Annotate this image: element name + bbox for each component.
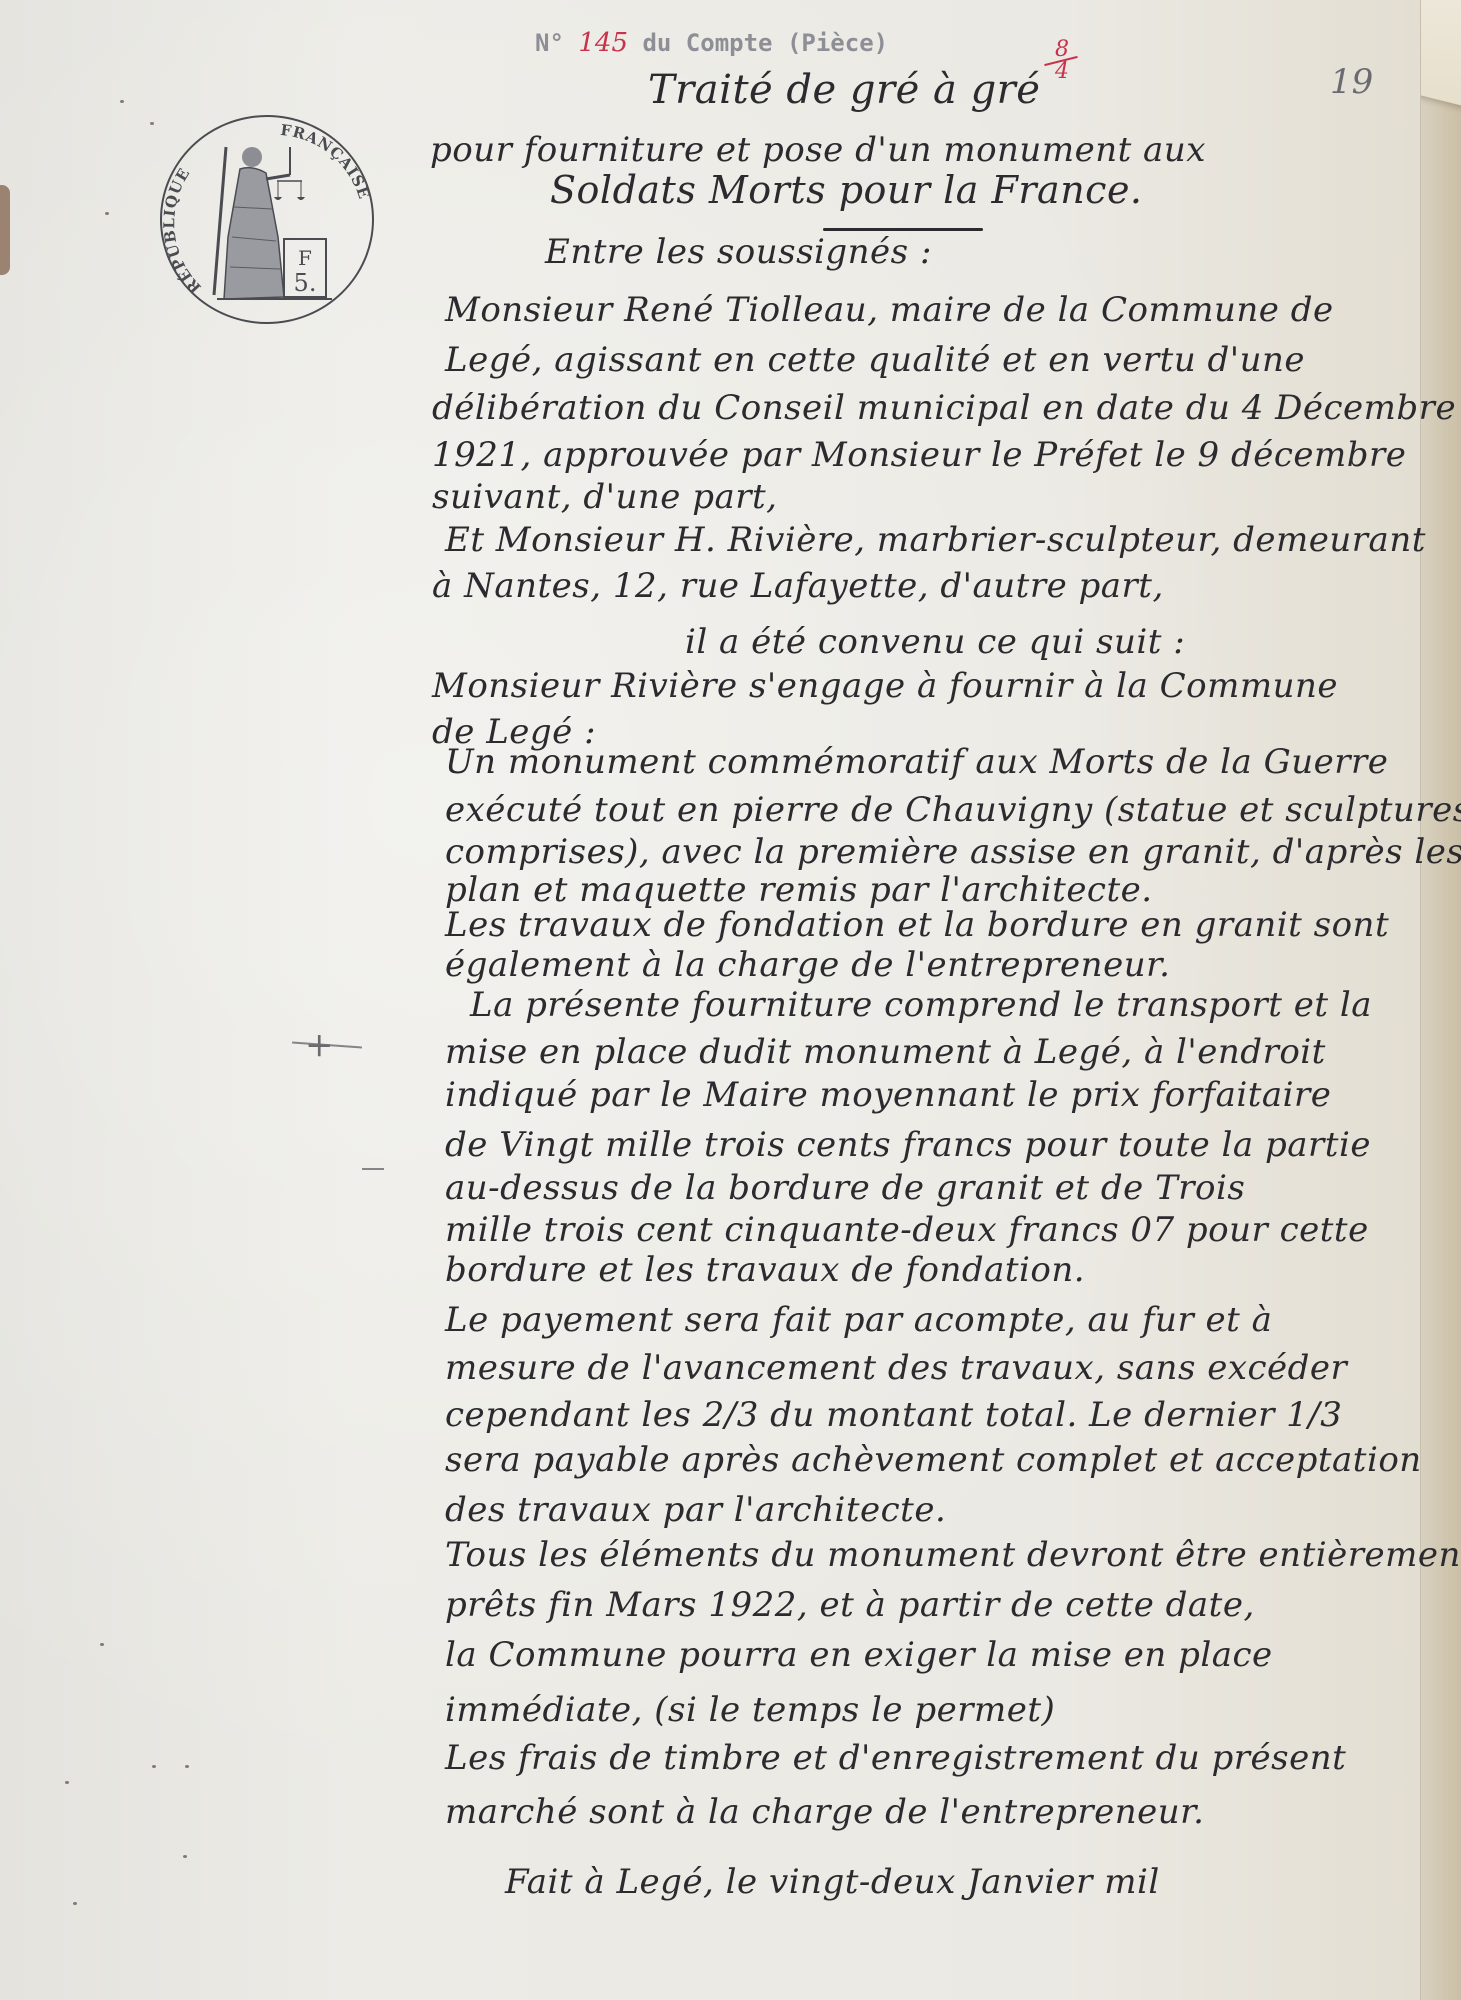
body-line: Les frais de timbre et d'enregistrement … — [445, 1738, 1346, 1778]
body-line: Entre les soussignés : — [545, 232, 932, 272]
paper-speck — [105, 212, 109, 215]
body-line: Fait à Legé, le vingt-deux Janvier mil — [505, 1862, 1160, 1902]
body-line: mille trois cent cinquante-deux francs 0… — [445, 1210, 1369, 1250]
document-subtitle-2: Soldats Morts pour la France. — [550, 170, 1143, 210]
seal-currency: F — [298, 246, 312, 270]
body-line: La présente fourniture comprend le trans… — [470, 985, 1372, 1025]
body-line: 1921, approuvée par Monsieur le Préfet l… — [432, 435, 1406, 475]
body-line: la Commune pourra en exiger la mise en p… — [445, 1635, 1273, 1675]
paper-speck — [65, 1781, 69, 1784]
body-line: Un monument commémoratif aux Morts de la… — [445, 742, 1388, 782]
document-scan: N° 145 du Compte (Pièce) 8 4 19 RÉPUBLIQ… — [0, 0, 1461, 2000]
body-line: des travaux par l'architecte. — [445, 1490, 946, 1530]
paper-speck — [100, 1643, 104, 1646]
underlying-page-edge — [1420, 60, 1461, 2000]
body-line: mise en place dudit monument à Legé, à l… — [445, 1032, 1326, 1072]
title-underline — [823, 228, 983, 231]
body-line: délibération du Conseil municipal en dat… — [432, 388, 1456, 428]
body-line: à Nantes, 12, rue Lafayette, d'autre par… — [432, 566, 1164, 606]
document-subtitle: pour fourniture et pose d'un monument au… — [430, 130, 1206, 170]
red-fraction-annotation: 8 4 — [1052, 40, 1072, 82]
body-line: au-dessus de la bordure de granit et de … — [445, 1168, 1245, 1208]
body-line: Legé, agissant en cette qualité et en ve… — [445, 340, 1305, 380]
body-line: sera payable après achèvement complet et… — [445, 1440, 1422, 1480]
body-line: suivant, d'une part, — [432, 477, 777, 517]
republique-francaise-seal: RÉPUBLIQUE FRANÇAISE — [160, 115, 374, 324]
body-line: il a été convenu ce qui suit : — [685, 622, 1185, 662]
folio-number: 19 — [1330, 62, 1373, 102]
body-line: comprises), avec la première assise en g… — [445, 832, 1461, 872]
body-line: indiqué par le Maire moyennant le prix f… — [445, 1075, 1331, 1115]
seal-text-left: RÉPUBLIQUE — [162, 165, 205, 297]
paper-speck — [185, 1765, 189, 1768]
svg-text:RÉPUBLIQUE: RÉPUBLIQUE — [162, 165, 205, 297]
stamp-text: du Compte (Pièce) — [642, 29, 888, 57]
body-line: de Vingt mille trois cents francs pour t… — [445, 1125, 1371, 1165]
paper-speck — [183, 1855, 187, 1858]
body-line: Le payement sera fait par acompte, au fu… — [445, 1300, 1272, 1340]
body-line: bordure et les travaux de fondation. — [445, 1250, 1085, 1290]
body-line: exécuté tout en pierre de Chauvigny (sta… — [445, 790, 1461, 830]
body-line: Les travaux de fondation et la bordure e… — [445, 905, 1389, 945]
stamp-number: 145 — [578, 28, 628, 58]
body-line: plan et maquette remis par l'architecte. — [445, 870, 1153, 910]
body-line: Monsieur René Tiolleau, maire de la Comm… — [445, 290, 1334, 330]
body-line: immédiate, (si le temps le permet) — [445, 1690, 1055, 1730]
document-title: Traité de gré à gré — [648, 70, 1040, 110]
body-line: cependant les 2/3 du montant total. Le d… — [445, 1395, 1342, 1435]
svg-text:FRANÇAISE: FRANÇAISE — [279, 121, 372, 202]
body-line: prêts fin Mars 1922, et à partir de cett… — [445, 1585, 1255, 1625]
body-line: Monsieur Rivière s'engage à fournir à la… — [432, 666, 1338, 706]
paper-speck — [73, 1902, 77, 1905]
body-line: Et Monsieur H. Rivière, marbrier-sculpte… — [445, 520, 1426, 560]
contract-page: N° 145 du Compte (Pièce) 8 4 19 RÉPUBLIQ… — [0, 0, 1421, 2000]
seal-amount: 5. — [294, 269, 317, 297]
body-line: Tous les éléments du monument devront êt… — [445, 1535, 1461, 1575]
header-stamp: N° 145 du Compte (Pièce) — [535, 28, 888, 58]
body-line: marché sont à la charge de l'entrepreneu… — [445, 1792, 1204, 1832]
body-line: également à la charge de l'entrepreneur. — [445, 945, 1170, 985]
marianne-figure-icon: RÉPUBLIQUE FRANÇAISE — [162, 117, 372, 322]
body-line: mesure de l'avancement des travaux, sans… — [445, 1348, 1347, 1388]
paper-speck — [152, 1765, 156, 1768]
seal-text-right: FRANÇAISE — [279, 121, 372, 202]
paper-stain — [0, 185, 10, 275]
paper-speck — [120, 100, 124, 103]
paper-speck — [150, 122, 154, 125]
margin-dash — [362, 1168, 384, 1170]
stamp-prefix: N° — [535, 29, 564, 57]
